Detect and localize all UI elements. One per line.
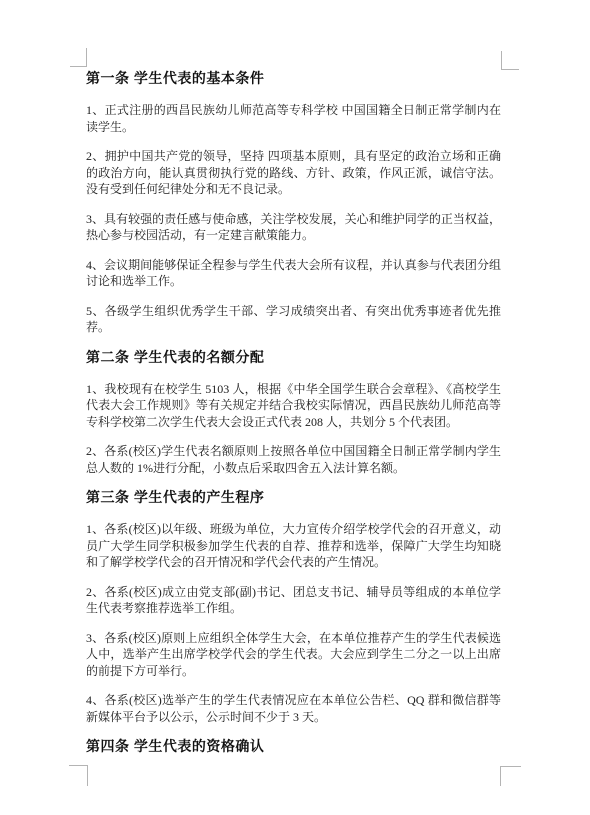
article-3-paragraph-3: 3、各系(校区)原则上应组织全体学生大会，在本单位推荐产生的学生代表候选人中，选…	[86, 630, 501, 680]
article-2-paragraph-2: 2、各系(校区)学生代表名额原则上按照各单位中国国籍全日制正常学制内学生总人数的…	[86, 443, 501, 476]
article-2-heading: 第二条 学生代表的名额分配	[86, 349, 501, 366]
article-1-paragraph-3: 3、具有较强的责任感与使命感，关注学校发展，关心和维护同学的正当权益，热心参与校…	[86, 211, 501, 244]
article-1-paragraph-4: 4、会议期间能够保证全程参与学生代表大会所有议程，并认真参与代表团分组讨论和选举…	[86, 257, 501, 290]
document-content: 第一条 学生代表的基本条件 1、正式注册的西昌民族幼儿师范高等专科学校 中国国籍…	[86, 70, 501, 770]
article-3-paragraph-2: 2、各系(校区)成立由党支部(副)书记、团总支书记、辅导员等组成的本单位学生代表…	[86, 584, 501, 617]
text-boundary-mark-top-right	[501, 51, 519, 70]
article-3-paragraph-1: 1、各系(校区)以年级、班级为单位，大力宣传介绍学校学代会的召开意义，动员广大学…	[86, 521, 501, 571]
text-boundary-mark-bottom-right	[500, 766, 521, 786]
section-article-1: 第一条 学生代表的基本条件 1、正式注册的西昌民族幼儿师范高等专科学校 中国国籍…	[86, 70, 501, 336]
article-3-heading: 第三条 学生代表的产生程序	[86, 489, 501, 506]
document-page: 第一条 学生代表的基本条件 1、正式注册的西昌民族幼儿师范高等专科学校 中国国籍…	[0, 0, 590, 815]
article-3-paragraph-4: 4、各系(校区)选举产生的学生代表情况应在本单位公告栏、QQ 群和微信群等新媒体…	[86, 692, 501, 725]
section-article-2: 第二条 学生代表的名额分配 1、我校现有在校学生 5103 人，根据《中华全国学…	[86, 349, 501, 477]
section-article-4: 第四条 学生代表的资格确认	[86, 738, 501, 755]
article-2-paragraph-1: 1、我校现有在校学生 5103 人，根据《中华全国学生联合会章程》、《高校学生代…	[86, 381, 501, 431]
article-1-paragraph-2: 2、拥护中国共产党的领导，坚持 四项基本原则，具有坚定的政治立场和正确的政治方向…	[86, 148, 501, 198]
article-4-heading: 第四条 学生代表的资格确认	[86, 738, 501, 755]
article-1-paragraph-5: 5、各级学生组织优秀学生干部、学习成绩突出者、有突出优秀事迹者优先推荐。	[86, 303, 501, 336]
article-1-paragraph-1: 1、正式注册的西昌民族幼儿师范高等专科学校 中国国籍全日制正常学制内在读学生。	[86, 102, 501, 135]
article-1-heading: 第一条 学生代表的基本条件	[86, 70, 501, 87]
text-boundary-mark-top-left	[70, 48, 87, 67]
section-article-3: 第三条 学生代表的产生程序 1、各系(校区)以年级、班级为单位，大力宣传介绍学校…	[86, 489, 501, 725]
